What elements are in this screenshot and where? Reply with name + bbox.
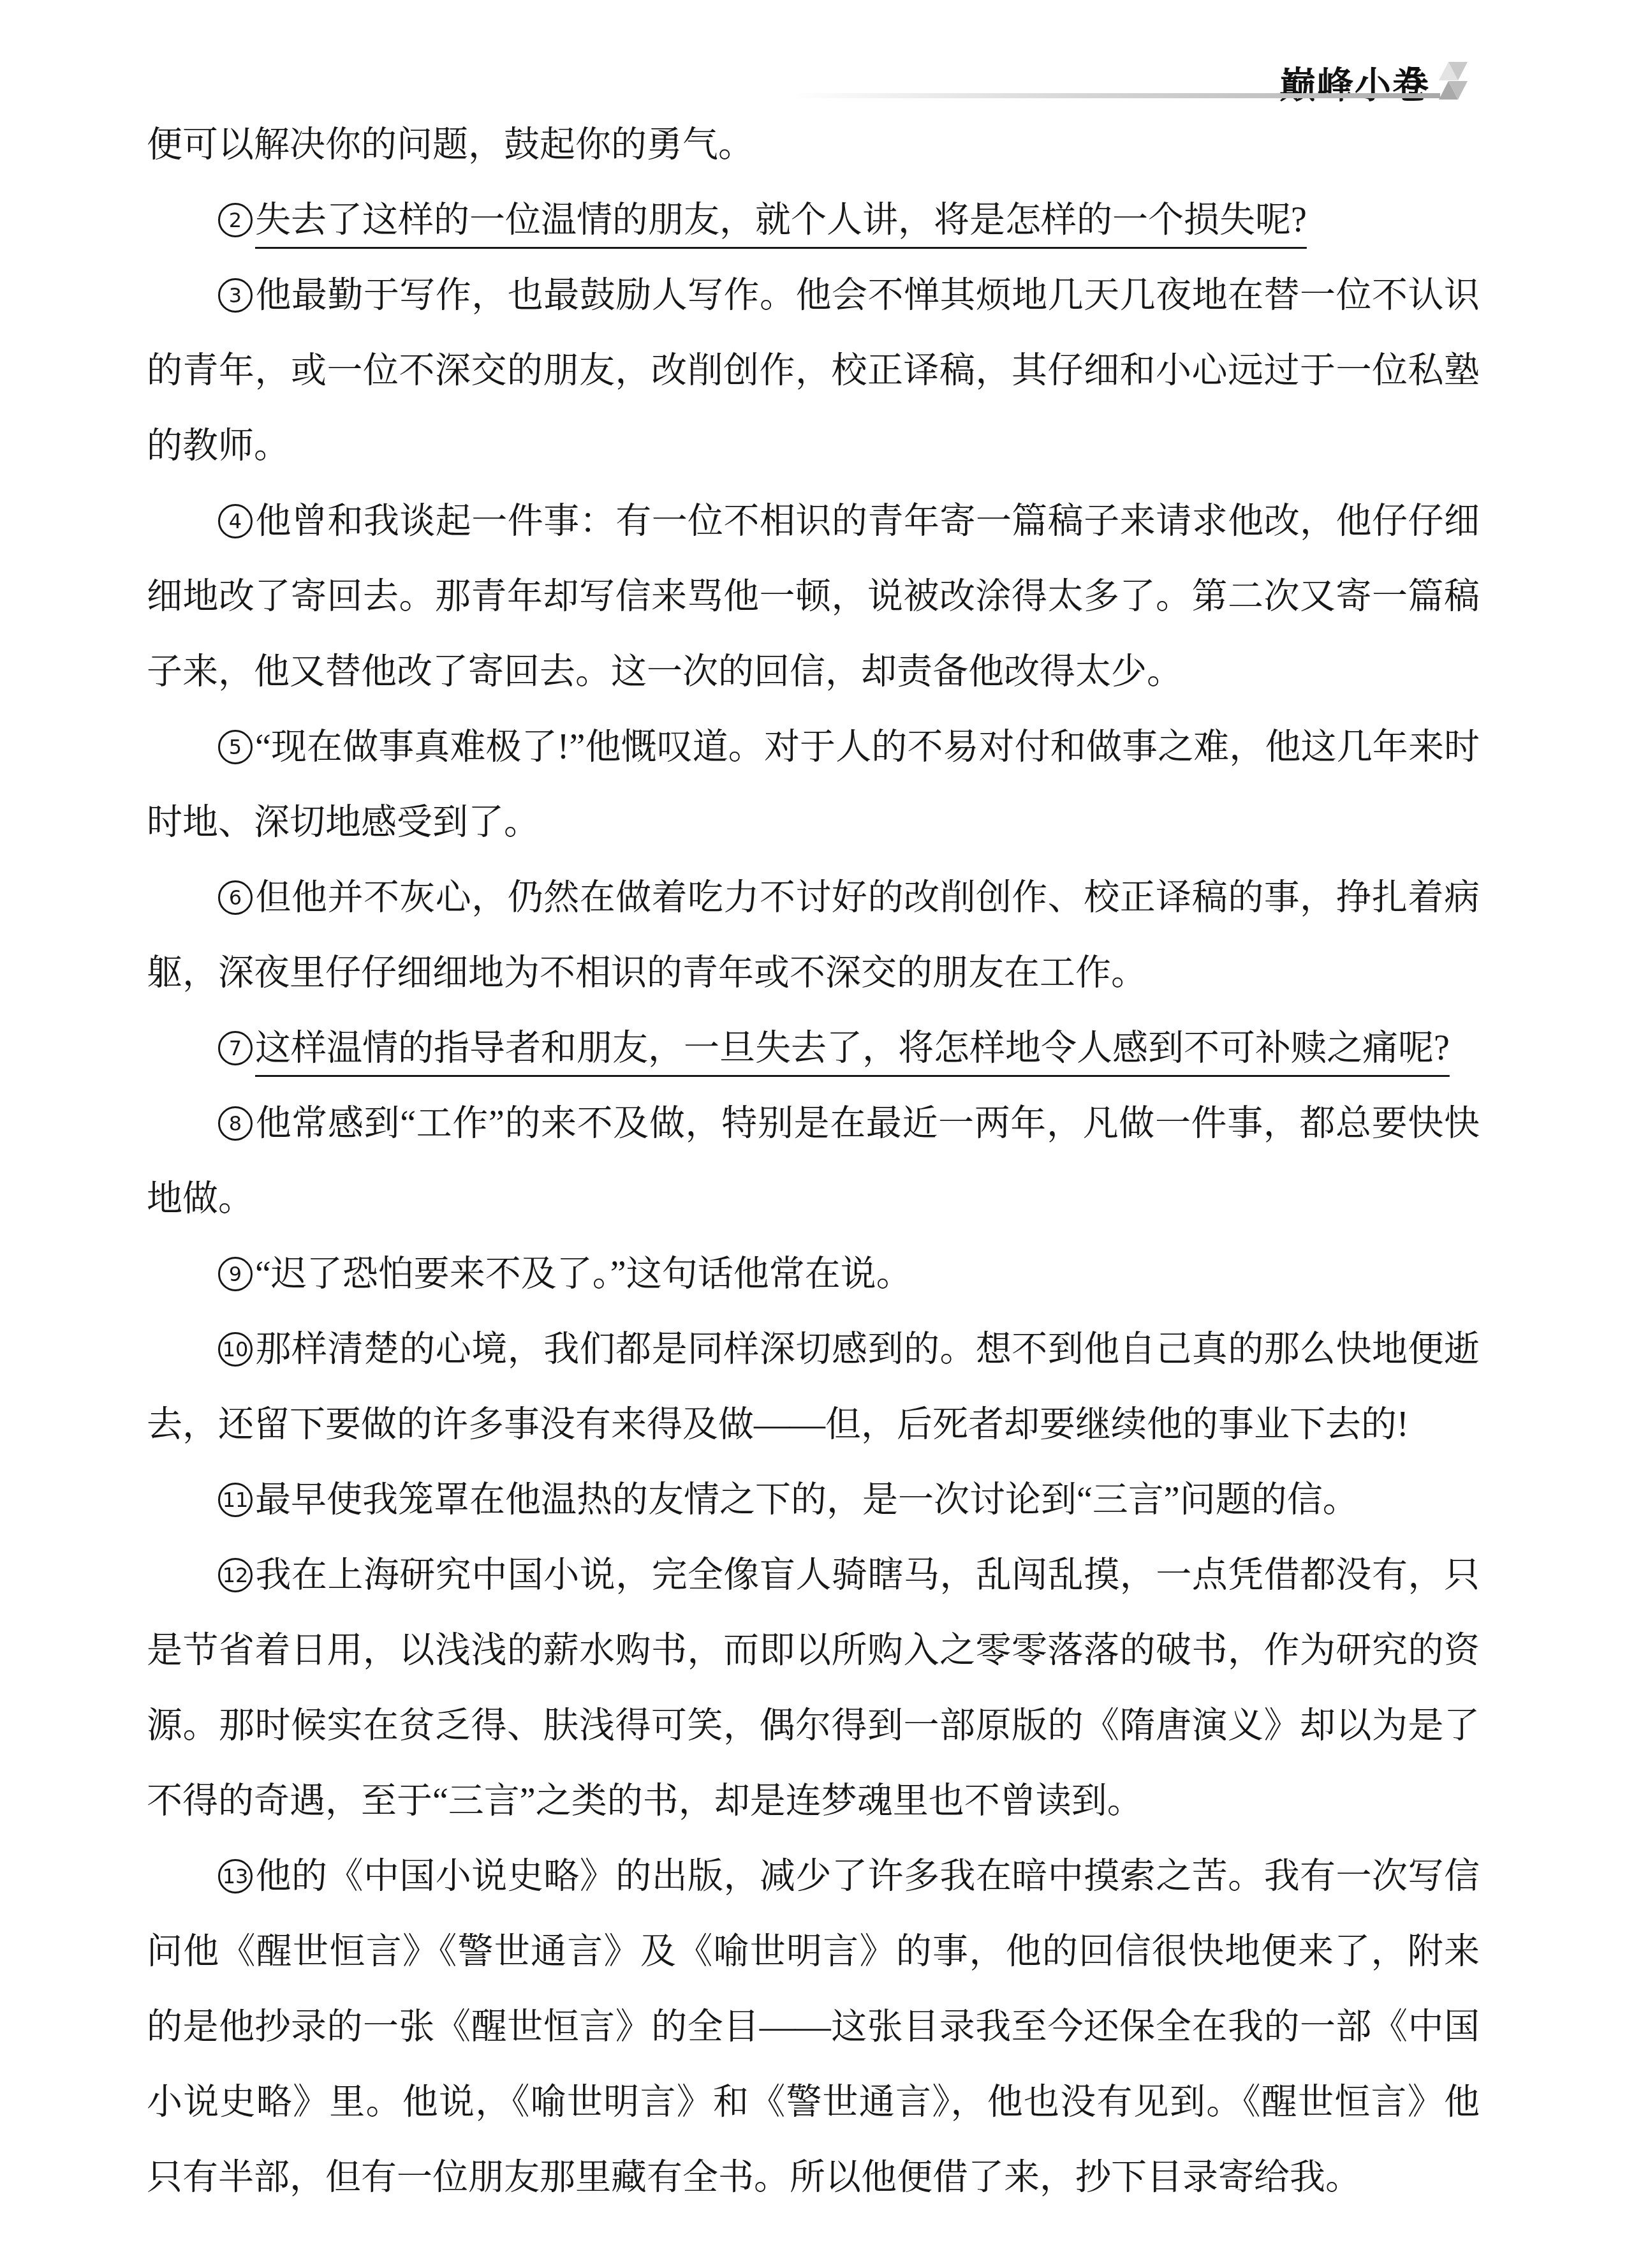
paragraph-text: 他最勤于写作，也最鼓励人写作。他会不惮其烦地几天几夜地在替一位不认识的青年，或一… xyxy=(147,276,1480,466)
paragraph-5: 5“现在做事真难极了!”他慨叹道。对于人的不易对付和做事之难，他这几年来时时地、… xyxy=(147,709,1480,860)
paragraph-text: 他曾和我谈起一件事：有一位不相识的青年寄一篇稿子来请求他改，他仔仔细细地改了寄回… xyxy=(147,501,1480,692)
paragraph-number-badge: 7 xyxy=(218,1031,253,1065)
paragraph-11: 11最早使我笼罩在他温热的友情之下的，是一次讨论到“三言”问题的信。 xyxy=(147,1462,1480,1538)
paragraph-number-badge: 3 xyxy=(218,278,253,313)
paragraph-number-badge: 4 xyxy=(218,504,253,538)
paragraph-continuation: 便可以解决你的问题，鼓起你的勇气。 xyxy=(147,107,1480,182)
paragraph-text: 最早使我笼罩在他温热的友情之下的，是一次讨论到“三言”问题的信。 xyxy=(255,1480,1358,1520)
paragraph-13: 13他的《中国小说史略》的出版，减少了许多我在暗中摸索之苦。我有一次写信问他《醒… xyxy=(147,1839,1480,2215)
paragraph-text: 便可以解决你的问题，鼓起你的勇气。 xyxy=(147,125,754,165)
paragraph-text: 他的《中国小说史略》的出版，减少了许多我在暗中摸索之苦。我有一次写信问他《醒世恒… xyxy=(147,1857,1480,2197)
paragraph-number-badge: 6 xyxy=(218,880,253,915)
paragraph-number-badge: 8 xyxy=(218,1106,253,1141)
paragraph-text: 他常感到“工作”的来不及做，特别是在最近一两年，凡做一件事，都总要快快地做。 xyxy=(147,1104,1480,1219)
paragraph-text-underlined: 失去了这样的一位温情的朋友，就个人讲，将是怎样的一个损失呢? xyxy=(255,200,1307,240)
triangles-deco-icon xyxy=(1439,62,1468,100)
paragraph-text: 但他并不灰心，仍然在做着吃力不讨好的改削创作、校正译稿的事，挣扎着病躯，深夜里仔… xyxy=(147,878,1480,993)
paragraph-3: 3他最勤于写作，也最鼓励人写作。他会不惮其烦地几天几夜地在替一位不认识的青年，或… xyxy=(147,258,1480,484)
paragraph-text: 那样清楚的心境，我们都是同样深切感到的。想不到他自己真的那么快地便逝去，还留下要… xyxy=(147,1330,1480,1444)
paragraph-number-badge: 12 xyxy=(218,1558,253,1592)
paragraph-12: 12我在上海研究中国小说，完全像盲人骑瞎马，乱闯乱摸，一点凭借都没有，只是节省着… xyxy=(147,1538,1480,1839)
paragraph-number-badge: 10 xyxy=(218,1332,253,1367)
paragraph-4: 4他曾和我谈起一件事：有一位不相识的青年寄一篇稿子来请求他改，他仔仔细细地改了寄… xyxy=(147,484,1480,709)
paragraph-2: 2失去了这样的一位温情的朋友，就个人讲，将是怎样的一个损失呢? xyxy=(147,182,1480,258)
header-rule-divider xyxy=(791,93,1440,98)
paragraph-7: 7这样温情的指导者和朋友，一旦失去了，将怎样地令人感到不可补赎之痛呢? xyxy=(147,1011,1480,1086)
page-number: 5 xyxy=(1406,60,1422,98)
paragraph-text: “迟了恐怕要来不及了。”这句话他常在说。 xyxy=(255,1254,912,1294)
paragraph-6: 6但他并不灰心，仍然在做着吃力不讨好的改削创作、校正译稿的事，挣扎着病躯，深夜里… xyxy=(147,860,1480,1011)
paragraph-text: “现在做事真难极了!”他慨叹道。对于人的不易对付和做事之难，他这几年来时时地、深… xyxy=(147,727,1480,842)
reading-passage: 便可以解决你的问题，鼓起你的勇气。 2失去了这样的一位温情的朋友，就个人讲，将是… xyxy=(147,107,1480,2215)
paragraph-number-badge: 5 xyxy=(218,730,253,764)
paragraph-number-badge: 11 xyxy=(218,1483,253,1517)
paragraph-number-badge: 9 xyxy=(218,1257,253,1291)
paragraph-9: 9“迟了恐怕要来不及了。”这句话他常在说。 xyxy=(147,1236,1480,1312)
paragraph-text: 我在上海研究中国小说，完全像盲人骑瞎马，乱闯乱摸，一点凭借都没有，只是节省着日用… xyxy=(147,1555,1480,1821)
paragraph-10: 10那样清楚的心境，我们都是同样深切感到的。想不到他自己真的那么快地便逝去，还留… xyxy=(147,1312,1480,1462)
paragraph-8: 8他常感到“工作”的来不及做，特别是在最近一两年，凡做一件事，都总要快快地做。 xyxy=(147,1086,1480,1236)
paragraph-number-badge: 2 xyxy=(218,203,253,237)
paragraph-number-badge: 13 xyxy=(218,1859,253,1894)
paragraph-text-underlined: 这样温情的指导者和朋友，一旦失去了，将怎样地令人感到不可补赎之痛呢? xyxy=(255,1028,1450,1068)
scanned-book-page: { "page": { "background_color": "#ffffff… xyxy=(0,0,1627,2268)
